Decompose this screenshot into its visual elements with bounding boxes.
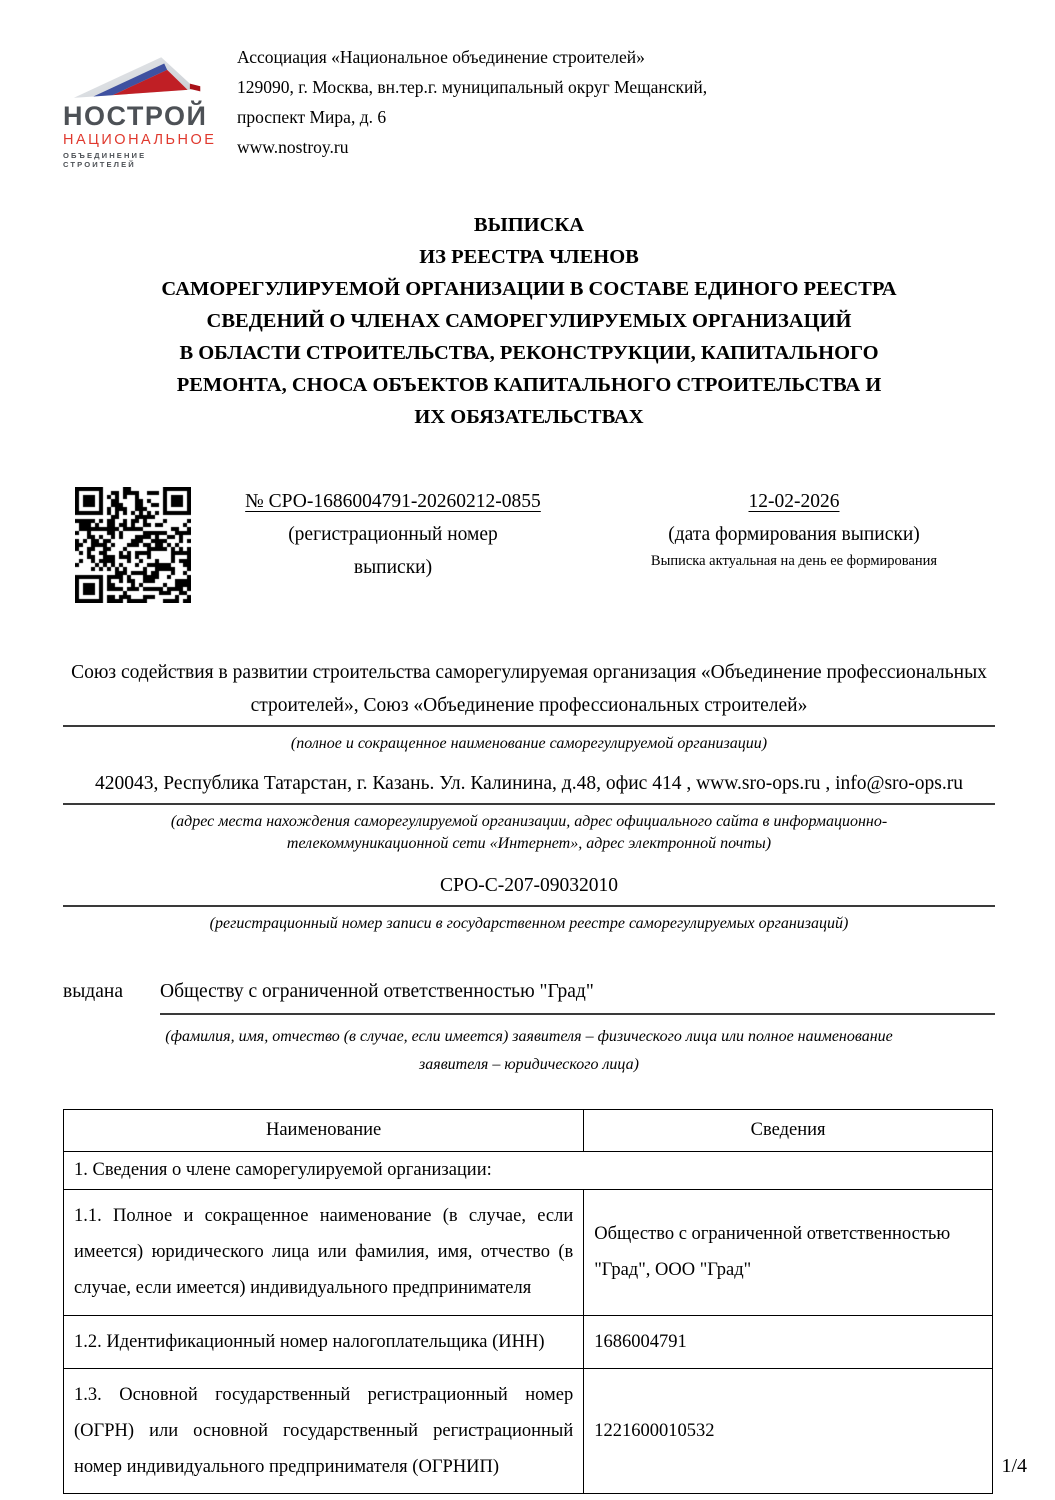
document-title: ВЫПИСКА ИЗ РЕЕСТРА ЧЛЕНОВ САМОРЕГУЛИРУЕМ… bbox=[63, 209, 995, 433]
row-1-1-value: Общество с ограниченной ответственностью… bbox=[584, 1190, 993, 1315]
column-header-details: Сведения bbox=[584, 1110, 993, 1152]
row-1-1-name: 1.1. Полное и сокращенное наименование (… bbox=[64, 1190, 584, 1315]
logo-line-national: НАЦИОНАЛЬНОЕ bbox=[63, 132, 215, 148]
divider bbox=[63, 725, 995, 727]
title-line: САМОРЕГУЛИРУЕМОЙ ОРГАНИЗАЦИИ В СОСТАВЕ Е… bbox=[63, 273, 995, 305]
issued-section: выдана Обществу с ограниченной ответстве… bbox=[63, 977, 995, 1079]
sro-name-caption: (полное и сокращенное наименование самор… bbox=[63, 733, 995, 755]
row-1-2-value: 1686004791 bbox=[584, 1315, 993, 1368]
logo-wordmark: НОСТРОЙ bbox=[63, 102, 215, 130]
sro-state-reg-caption: (регистрационный номер записи в государс… bbox=[63, 913, 995, 935]
row-1-3-value: 1221600010532 bbox=[584, 1368, 993, 1493]
extract-date-block: 12-02-2026 (дата формирования выписки) В… bbox=[593, 485, 995, 571]
sro-address-field: 420043, Республика Татарстан, г. Казань.… bbox=[63, 767, 995, 855]
row-1-2-name: 1.2. Идентификационный номер налогоплате… bbox=[64, 1315, 584, 1368]
qr-wrap bbox=[63, 485, 193, 608]
table-row: 1.3. Основной государственный регистраци… bbox=[64, 1368, 993, 1493]
title-line: ИЗ РЕЕСТРА ЧЛЕНОВ bbox=[63, 241, 995, 273]
sro-name-field: Союз содействия в развитии строительства… bbox=[63, 656, 995, 755]
association-website: www.nostroy.ru bbox=[237, 132, 707, 162]
issued-label: выдана bbox=[63, 977, 160, 1007]
sro-state-reg-number: СРО-С-207-09032010 bbox=[63, 869, 995, 902]
logo-line-association: ОБЪЕДИНЕНИЕ СТРОИТЕЛЕЙ bbox=[63, 151, 215, 169]
title-line: РЕМОНТА, СНОСА ОБЪЕКТОВ КАПИТАЛЬНОГО СТР… bbox=[63, 369, 995, 401]
sro-address-caption: (адрес места нахождения саморегулируемой… bbox=[63, 811, 995, 855]
member-info-table: Наименование Сведения 1. Сведения о член… bbox=[63, 1109, 993, 1493]
table-section-row: 1. Сведения о члене саморегулируемой орг… bbox=[64, 1152, 993, 1190]
association-address-block: Ассоциация «Национальное объединение стр… bbox=[237, 40, 707, 162]
row-1-3-name: 1.3. Основной государственный регистраци… bbox=[64, 1368, 584, 1493]
sro-address: 420043, Республика Татарстан, г. Казань.… bbox=[63, 767, 995, 800]
association-name: Ассоциация «Национальное объединение стр… bbox=[237, 42, 707, 72]
title-line: СВЕДЕНИЙ О ЧЛЕНАХ САМОРЕГУЛИРУЕМЫХ ОРГАН… bbox=[63, 305, 995, 337]
divider bbox=[63, 803, 995, 805]
table-row: 1.2. Идентификационный номер налогоплате… bbox=[64, 1315, 993, 1368]
registration-row: № СРО-1686004791-20260212-0855 (регистра… bbox=[63, 485, 995, 608]
title-line: ВЫПИСКА bbox=[63, 209, 995, 241]
section-title: 1. Сведения о члене саморегулируемой орг… bbox=[64, 1152, 993, 1190]
document-page: НОСТРОЙ НАЦИОНАЛЬНОЕ ОБЪЕДИНЕНИЕ СТРОИТЕ… bbox=[0, 0, 1055, 1500]
title-line: ИХ ОБЯЗАТЕЛЬСТВАХ bbox=[63, 401, 995, 433]
page-number: 1/4 bbox=[1001, 1455, 1027, 1478]
extract-date: 12-02-2026 bbox=[593, 485, 995, 518]
title-line: В ОБЛАСТИ СТРОИТЕЛЬСТВА, РЕКОНСТРУКЦИИ, … bbox=[63, 337, 995, 369]
table-row: 1.1. Полное и сокращенное наименование (… bbox=[64, 1190, 993, 1315]
registration-caption-line2: выписки) bbox=[193, 551, 593, 584]
issued-value-underline: Обществу с ограниченной ответственностью… bbox=[160, 977, 995, 1015]
extract-date-note: Выписка актуальная на день ее формирован… bbox=[593, 551, 995, 571]
registration-number: № СРО-1686004791-20260212-0855 bbox=[193, 485, 593, 518]
sro-name: Союз содействия в развитии строительства… bbox=[63, 656, 995, 722]
association-address-line1: 129090, г. Москва, вн.тер.г. муниципальн… bbox=[237, 72, 707, 102]
registration-number-block: № СРО-1686004791-20260212-0855 (регистра… bbox=[193, 485, 593, 584]
sro-state-reg-field: СРО-С-207-09032010 (регистрационный номе… bbox=[63, 869, 995, 935]
nostroy-logo: НОСТРОЙ НАЦИОНАЛЬНОЕ ОБЪЕДИНЕНИЕ СТРОИТЕ… bbox=[63, 40, 215, 169]
issued-caption: (фамилия, имя, отчество (в случае, если … bbox=[63, 1023, 995, 1079]
issued-to-value: Обществу с ограниченной ответственностью… bbox=[160, 981, 594, 1002]
roof-logo-icon bbox=[63, 52, 215, 104]
table-header-row: Наименование Сведения bbox=[64, 1110, 993, 1152]
qr-code bbox=[75, 487, 191, 603]
column-header-name: Наименование bbox=[64, 1110, 584, 1152]
extract-date-caption: (дата формирования выписки) bbox=[593, 518, 995, 551]
association-address-line2: проспект Мира, д. 6 bbox=[237, 102, 707, 132]
divider bbox=[63, 905, 995, 907]
registration-caption-line1: (регистрационный номер bbox=[193, 518, 593, 551]
document-header: НОСТРОЙ НАЦИОНАЛЬНОЕ ОБЪЕДИНЕНИЕ СТРОИТЕ… bbox=[63, 40, 995, 169]
